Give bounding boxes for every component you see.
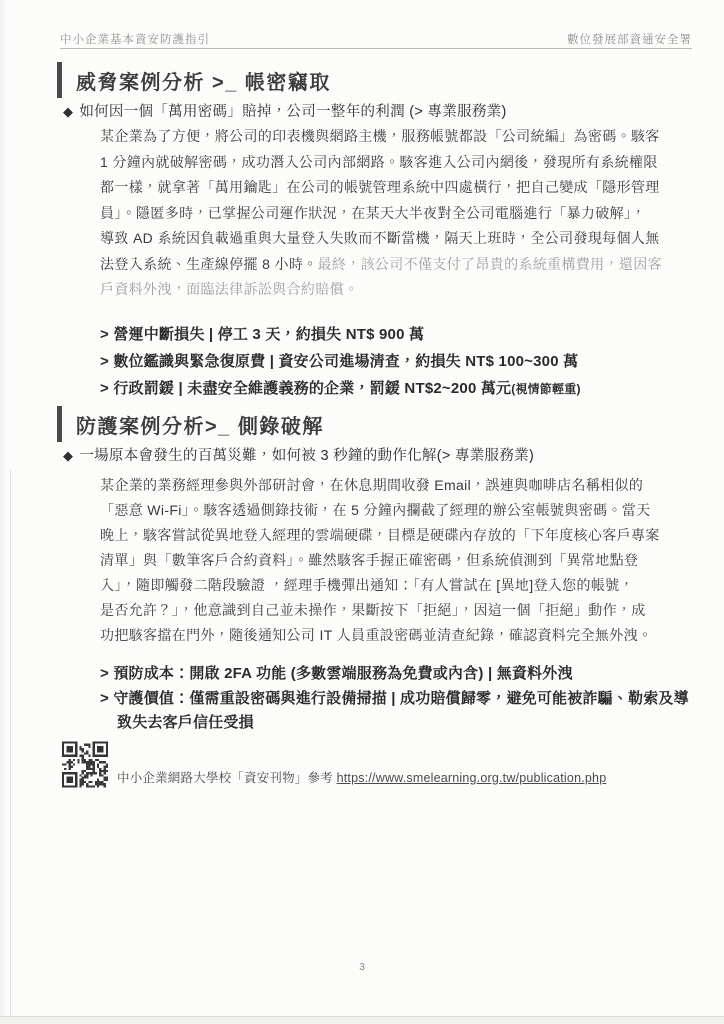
threat-section-header: 威脅案例分析 >_ 帳密竊取	[57, 62, 331, 98]
loss-item: > 數位鑑識與緊急復原費 | 資安公司進場清查，約損失 NT$ 100~300 …	[100, 348, 685, 375]
diamond-bullet-icon: ◆	[63, 446, 73, 466]
paragraph-line: 晚上，駭客嘗試從異地登入經理的雲端硬碟，目標是硬碟內存放的「下年度核心客戶專案	[100, 523, 675, 548]
protect-section-title: 防護案例分析>_ 側錄破解	[76, 410, 324, 439]
paragraph-line: 法登入系統、生產線停擺 8 小時。最終，該公司不僅支付了昂貴的系統重構費用，還因…	[100, 252, 675, 278]
section-accent-bar	[57, 406, 62, 442]
header-divider	[60, 48, 692, 49]
paragraph-line: 員」。隱匿多時，已掌握公司運作狀況，在某天大半夜對全公司電腦進行「暴力破解」，	[100, 201, 675, 227]
qr-code	[62, 741, 108, 788]
paragraph-line: 都一樣，就拿著「萬用鑰匙」在公司的帳號管理系統中四處橫行，把自己變成「隱形管理	[100, 175, 675, 201]
paragraph-line: 入」，隨即觸發二階段驗證 ，經理手機彈出通知：「有人嘗試在 [異地]登入您的帳號…	[100, 573, 675, 598]
threat-paragraph: 某企業為了方便，將公司的印表機與網路主機，服務帳號都設「公司統編」為密碼。駭客 …	[100, 124, 675, 303]
header-right-agency: 數位發展部資通安全署	[567, 31, 692, 47]
reference-row: 中小企業網路大學校「資安刊物」參考 https://www.smelearnin…	[62, 741, 606, 788]
threat-section-title: 威脅案例分析 >_ 帳密竊取	[76, 66, 331, 95]
header-left-title: 中小企業基本資安防護指引	[60, 31, 210, 47]
reference-text: 中小企業網路大學校「資安刊物」參考	[117, 771, 333, 785]
protect-subtitle-row: ◆ 一場原本會發生的百萬災難，如何被 3 秒鐘的動作化解(> 專業服務業)	[63, 446, 684, 466]
value-item: > 預防成本：開啟 2FA 功能 (多數雲端服務為免費或內含) | 無資料外洩	[100, 662, 685, 687]
page-number: 3	[0, 962, 724, 973]
paragraph-text: 法登入系統、生產線停擺 8 小時。	[100, 256, 318, 272]
loss-item: > 行政罰鍰 | 未盡安全維護義務的企業，罰鍰 NT$2~200 萬元(視情節輕…	[100, 375, 685, 403]
paragraph-line: 1 分鐘內就破解密碼，成功潛入公司內部網路。駭客進入公司內網後，發現所有系統權限	[100, 150, 675, 176]
scan-bottom-artifact	[0, 1016, 724, 1024]
threat-loss-list: > 營運中斷損失 | 停工 3 天，約損失 NT$ 900 萬 > 數位鑑識與緊…	[100, 321, 685, 403]
paragraph-line: 「惡意 Wi-Fi」。駭客透過側錄技術，在 5 分鐘內攔截了經理的辦公室帳號與密…	[100, 498, 675, 523]
reference-link[interactable]: https://www.smelearning.org.tw/publicati…	[337, 771, 607, 785]
protect-section-header: 防護案例分析>_ 側錄破解	[57, 406, 324, 442]
loss-item-text: > 行政罰鍰 | 未盡安全維護義務的企業，罰鍰 NT$2~200 萬元	[100, 380, 511, 397]
protect-paragraph: 某企業的業務經理參與外部研討會，在休息期間收發 Email，誤連與咖啡店名稱相似…	[100, 473, 675, 648]
page-header: 中小企業基本資安防護指引 數位發展部資通安全署	[60, 31, 692, 47]
value-item: > 守護價值：僅需重設密碼與進行設備掃描 | 成功賠償歸零，避免可能被詐騙、勒索…	[100, 687, 685, 712]
paragraph-line: 功把駭客擋在門外，隨後通知公司 IT 人員重設密碼並清查紀錄，確認資料完全無外洩…	[100, 623, 675, 648]
document-page: 中小企業基本資安防護指引 數位發展部資通安全署 威脅案例分析 >_ 帳密竊取 ◆…	[0, 0, 724, 1024]
paragraph-line: 某企業為了方便，將公司的印表機與網路主機，服務帳號都設「公司統編」為密碼。駭客	[100, 124, 675, 150]
diamond-bullet-icon: ◆	[63, 102, 73, 122]
section-accent-bar	[57, 62, 62, 98]
paragraph-line: 清單」與「數筆客戶合約資料」。雖然駭客手握正確密碼，但系統偵測到「異常地點登	[100, 548, 675, 573]
paragraph-line: 是否允許？」，他意識到自己並未操作，果斷按下「拒絕」，因這一個「拒絕」動作，成	[100, 598, 675, 623]
highlighted-text: 戶資料外洩，面臨法律訴訟與合約賠償。	[100, 281, 358, 297]
scan-line-artifact	[10, 470, 11, 1024]
threat-subtitle-row: ◆ 如何因一個「萬用密碼」賠掉，公司一整年的利潤 (> 專業服務業)	[63, 102, 684, 122]
paragraph-line: 戶資料外洩，面臨法律訴訟與合約賠償。	[100, 277, 675, 303]
protect-value-list: > 預防成本：開啟 2FA 功能 (多數雲端服務為免費或內含) | 無資料外洩 …	[100, 662, 685, 736]
scan-edge-artifact	[0, 0, 8, 1024]
reference-caption: 中小企業網路大學校「資安刊物」參考 https://www.smelearnin…	[117, 768, 606, 786]
threat-subtitle: 如何因一個「萬用密碼」賠掉，公司一整年的利潤 (> 專業服務業)	[79, 102, 506, 122]
paragraph-line: 導致 AD 系統因負載過重與大量登入失敗而不斷當機，隔天上班時，全公司發現每個人…	[100, 226, 675, 252]
protect-subtitle: 一場原本會發生的百萬災難，如何被 3 秒鐘的動作化解(> 專業服務業)	[79, 446, 534, 466]
highlighted-text: 最終，該公司不僅支付了昂貴的系統重構費用，還因客	[318, 256, 662, 272]
paragraph-line: 某企業的業務經理參與外部研討會，在休息期間收發 Email，誤連與咖啡店名稱相似…	[100, 473, 675, 498]
loss-item: > 營運中斷損失 | 停工 3 天，約損失 NT$ 900 萬	[100, 321, 685, 348]
loss-item-note: (視情節輕重)	[511, 382, 580, 396]
value-item-continuation: 致失去客戶信任受損	[100, 711, 685, 736]
